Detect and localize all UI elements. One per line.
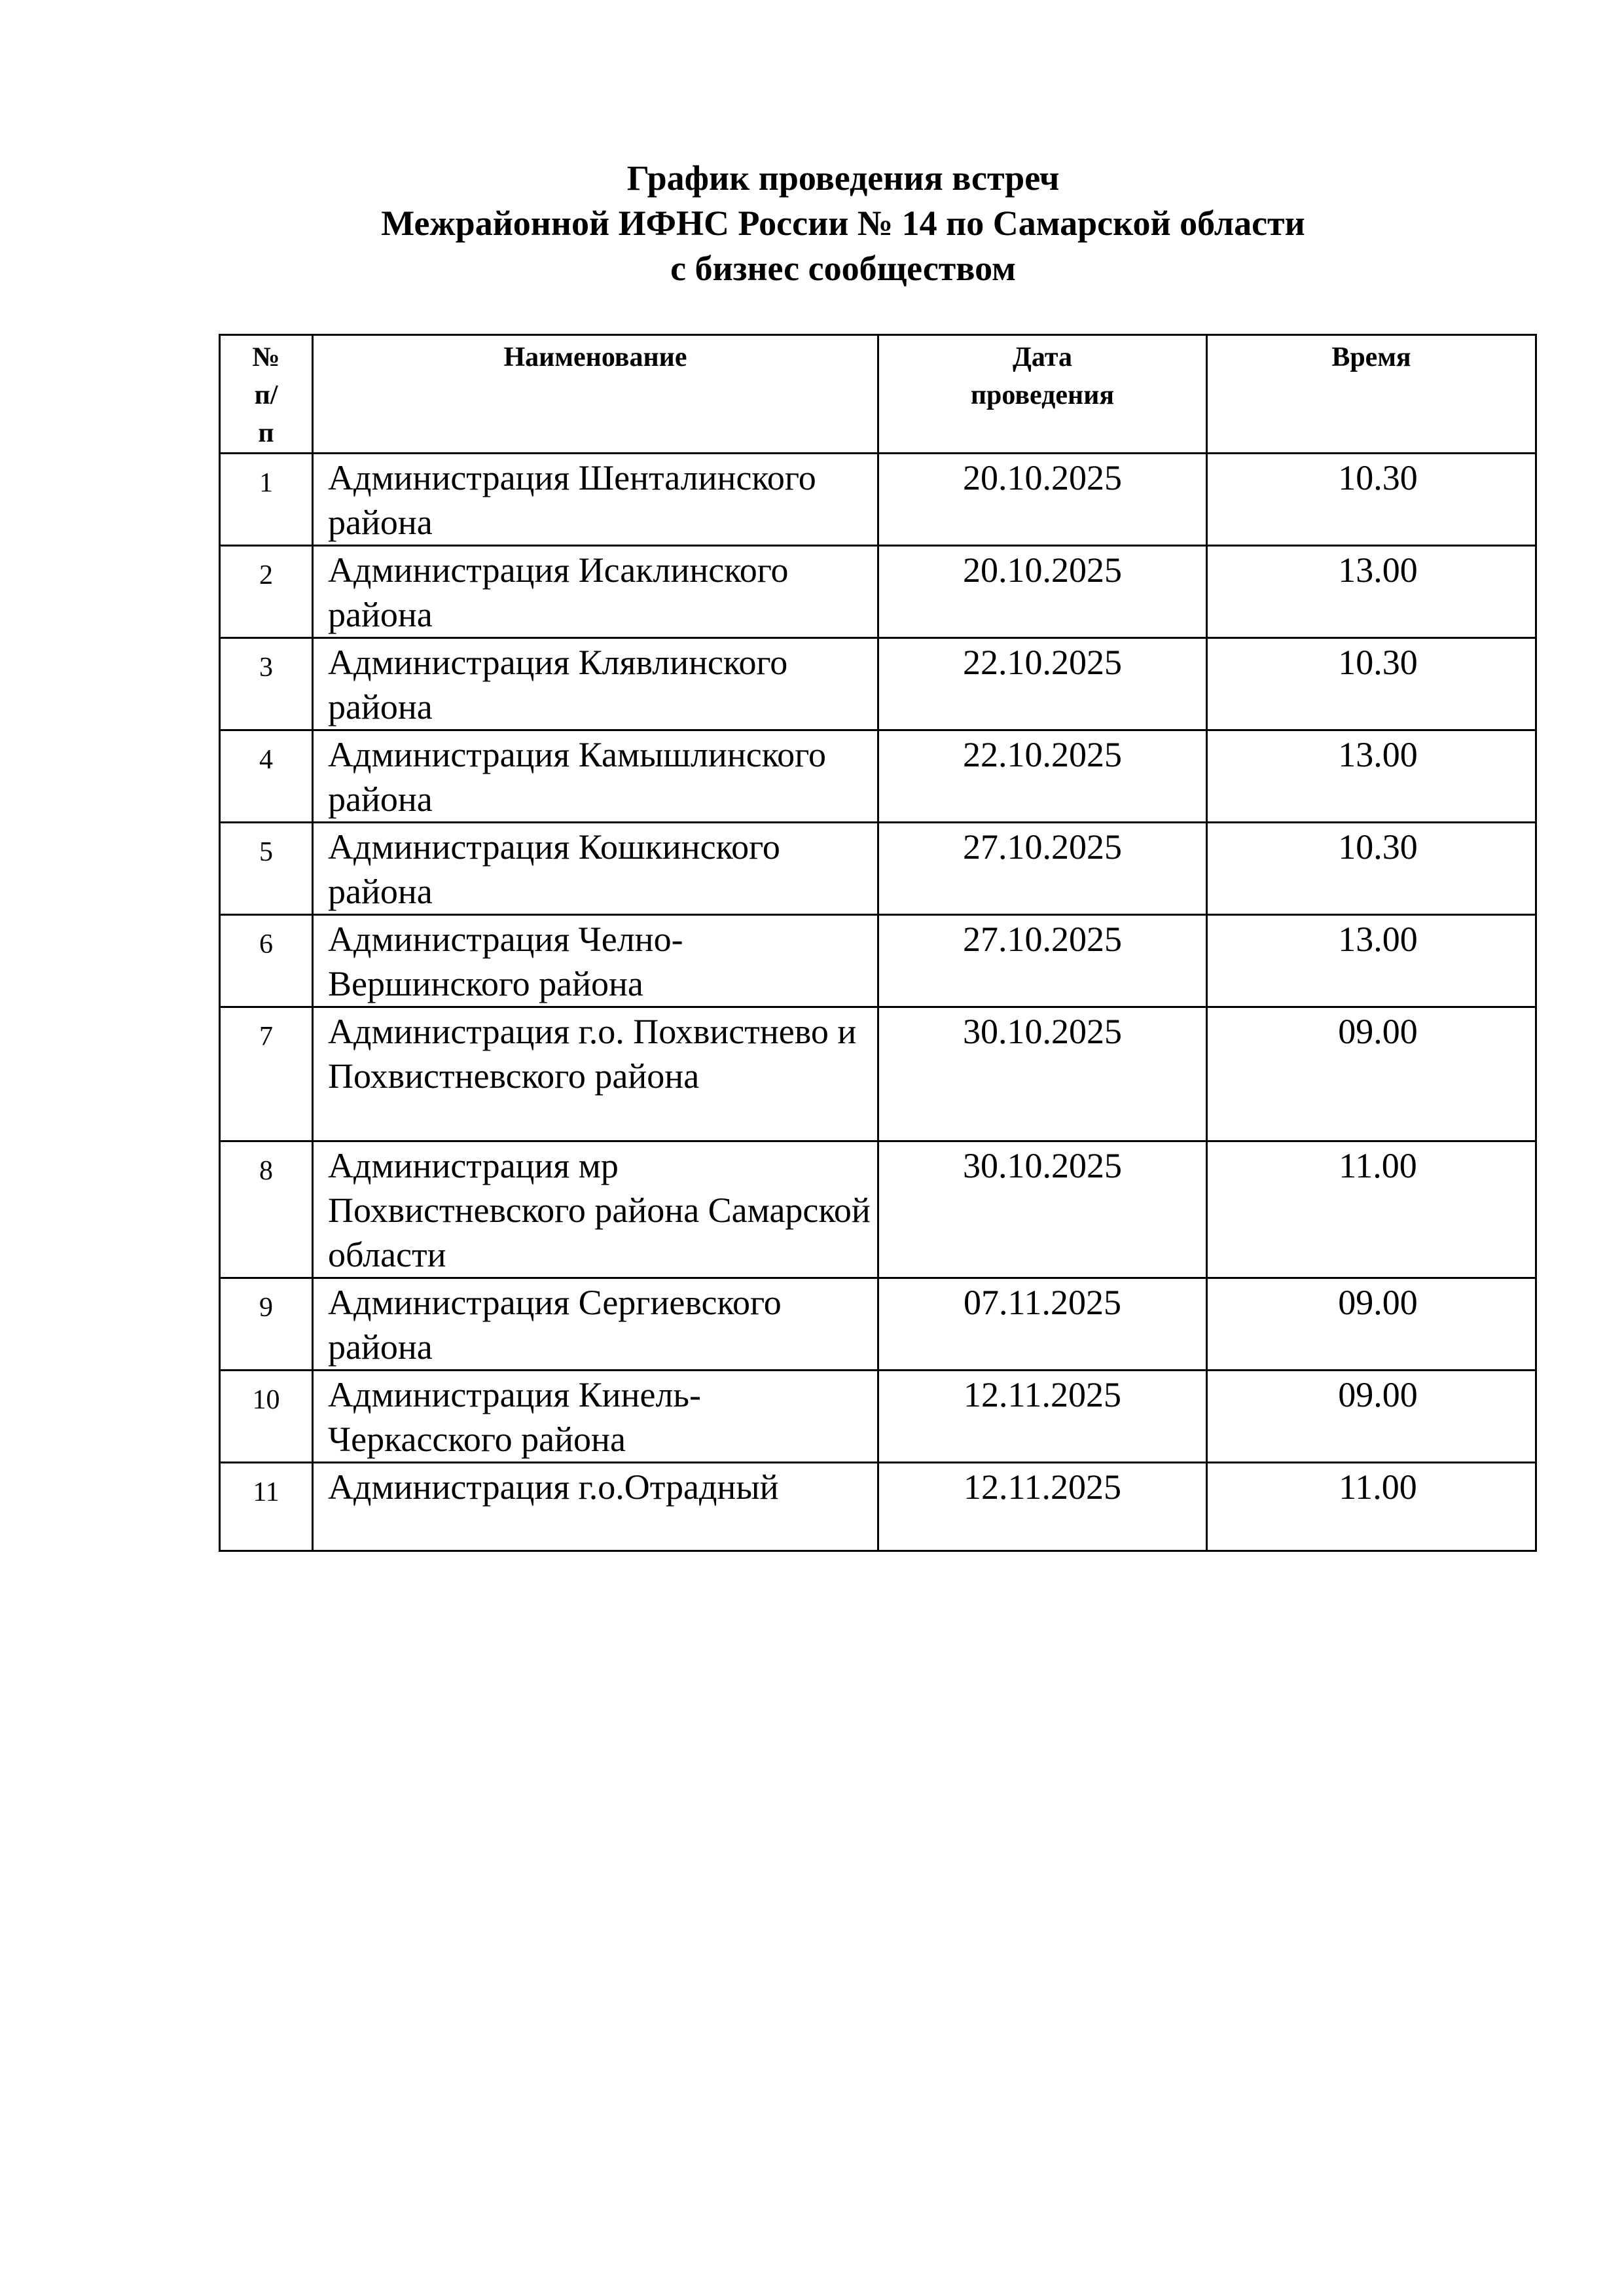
- row-number: 6: [220, 915, 313, 1007]
- row-time: 13.00: [1207, 730, 1536, 823]
- row-name: Администрация Исаклинского района: [313, 546, 878, 638]
- row-date: 07.11.2025: [878, 1278, 1207, 1371]
- row-date: 27.10.2025: [878, 915, 1207, 1007]
- row-name: Администрация Шенталинского района: [313, 454, 878, 546]
- row-time: 13.00: [1207, 915, 1536, 1007]
- document-title: График проведения встреч Межрайонной ИФН…: [0, 156, 1624, 291]
- row-name: Администрация г.о.Отрадный: [313, 1463, 878, 1551]
- table-row: 9Администрация Сергиевского района07.11.…: [220, 1278, 1536, 1371]
- row-number: 11: [220, 1463, 313, 1551]
- row-time: 09.00: [1207, 1278, 1536, 1371]
- table-row: 4Администрация Камышлинского района22.10…: [220, 730, 1536, 823]
- row-name: Администрация Кошкинского района: [313, 823, 878, 915]
- row-name: Администрация Кинель-Черкасского района: [313, 1371, 878, 1463]
- row-time: 10.30: [1207, 823, 1536, 915]
- row-time: 11.00: [1207, 1463, 1536, 1551]
- row-time: 09.00: [1207, 1007, 1536, 1141]
- title-line-1: График проведения встреч: [62, 156, 1624, 201]
- row-date: 20.10.2025: [878, 546, 1207, 638]
- title-line-2: Межрайонной ИФНС России № 14 по Самарско…: [62, 201, 1624, 246]
- row-date: 30.10.2025: [878, 1141, 1207, 1278]
- row-number: 8: [220, 1141, 313, 1278]
- row-number: 9: [220, 1278, 313, 1371]
- table-row: 6Администрация Челно-Вершинского района2…: [220, 915, 1536, 1007]
- row-name: Администрация Клявлинского района: [313, 638, 878, 730]
- header-time: Время: [1207, 335, 1536, 454]
- row-name: Администрация Камышлинского района: [313, 730, 878, 823]
- row-number: 10: [220, 1371, 313, 1463]
- row-date: 27.10.2025: [878, 823, 1207, 915]
- row-date: 20.10.2025: [878, 454, 1207, 546]
- row-name: Администрация Сергиевского района: [313, 1278, 878, 1371]
- table-row: 11Администрация г.о.Отрадный12.11.202511…: [220, 1463, 1536, 1551]
- row-time: 11.00: [1207, 1141, 1536, 1278]
- row-date: 22.10.2025: [878, 730, 1207, 823]
- table-row: 7Администрация г.о. Похвистнево и Похвис…: [220, 1007, 1536, 1141]
- table-row: 8Администрация мр Похвистневского района…: [220, 1141, 1536, 1278]
- row-name: Администрация мр Похвистневского района …: [313, 1141, 878, 1278]
- header-name: Наименование: [313, 335, 878, 454]
- row-name: Администрация Челно-Вершинского района: [313, 915, 878, 1007]
- row-time: 10.30: [1207, 638, 1536, 730]
- row-time: 09.00: [1207, 1371, 1536, 1463]
- row-date: 12.11.2025: [878, 1371, 1207, 1463]
- row-date: 22.10.2025: [878, 638, 1207, 730]
- row-number: 4: [220, 730, 313, 823]
- row-number: 5: [220, 823, 313, 915]
- row-time: 13.00: [1207, 546, 1536, 638]
- row-number: 7: [220, 1007, 313, 1141]
- table-row: 2Администрация Исаклинского района20.10.…: [220, 546, 1536, 638]
- table-row: 1Администрация Шенталинского района20.10…: [220, 454, 1536, 546]
- table-row: 3Администрация Клявлинского района22.10.…: [220, 638, 1536, 730]
- title-line-3: с бизнес сообществом: [62, 246, 1624, 291]
- table-header-row: № п/п Наименование Дата проведения Время: [220, 335, 1536, 454]
- table-row: 5Администрация Кошкинского района27.10.2…: [220, 823, 1536, 915]
- row-date: 30.10.2025: [878, 1007, 1207, 1141]
- row-time: 10.30: [1207, 454, 1536, 546]
- row-number: 3: [220, 638, 313, 730]
- row-number: 2: [220, 546, 313, 638]
- row-date: 12.11.2025: [878, 1463, 1207, 1551]
- table-row: 10Администрация Кинель-Черкасского район…: [220, 1371, 1536, 1463]
- header-date: Дата проведения: [878, 335, 1207, 454]
- row-name: Администрация г.о. Похвистнево и Похвист…: [313, 1007, 878, 1141]
- meetings-schedule-table: № п/п Наименование Дата проведения Время…: [219, 334, 1537, 1552]
- header-num: № п/п: [220, 335, 313, 454]
- row-number: 1: [220, 454, 313, 546]
